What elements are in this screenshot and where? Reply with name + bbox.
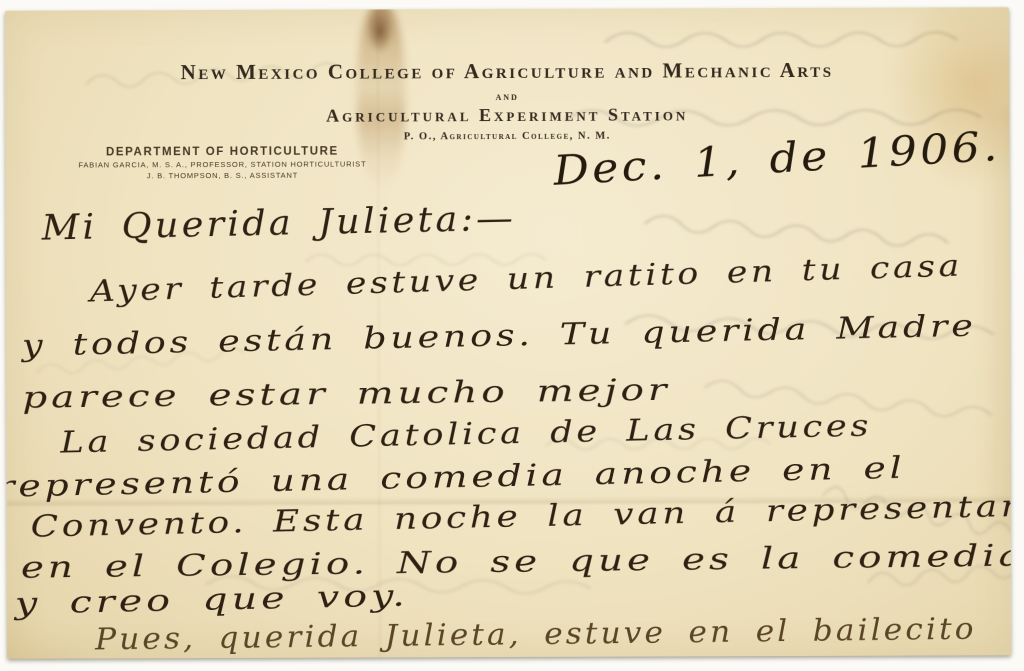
water-stain-dark-spot (367, 9, 393, 53)
department-staff-line: J. B. THOMPSON, B. S., ASSISTANT (67, 170, 377, 180)
letter-paper: New Mexico College of Agriculture and Me… (5, 7, 1011, 659)
letterhead-conjunction: and (5, 89, 1009, 105)
letter-salutation: Mi Querida Julieta:— (41, 199, 516, 249)
handwritten-line: y todos están buenos. Tu querida Madre (22, 309, 977, 364)
scan-background: { "colors": { "paper": "#efe3c0", "ink":… (0, 0, 1024, 671)
handwritten-line: parece estar mucho mejor (22, 373, 671, 416)
handwritten-line: Ayer tarde estuve un ratito en tu casa (89, 249, 963, 310)
letterhead: New Mexico College of Agriculture and Me… (5, 7, 1009, 11)
department-staff-line: FABIAN GARCIA, M. S. A., PROFESSOR, STAT… (67, 159, 377, 169)
handwritten-line: Pues, querida Julieta, estuve en el bail… (95, 612, 977, 658)
handwritten-line: La sociedad Catolica de Las Cruces (60, 409, 872, 461)
department-block: DEPARTMENT OF HORTICULTURE FABIAN GARCIA… (67, 145, 377, 180)
letterhead-station-name: Agricultural Experiment Station (5, 103, 1009, 128)
handwritten-line: y creo que voy. (15, 578, 409, 621)
handwritten-line: en el Colegio. No se que es la comedia (21, 538, 1012, 585)
letterhead-college-name: New Mexico College of Agriculture and Me… (5, 57, 1009, 86)
department-title: DEPARTMENT OF HORTICULTURE (67, 145, 377, 158)
